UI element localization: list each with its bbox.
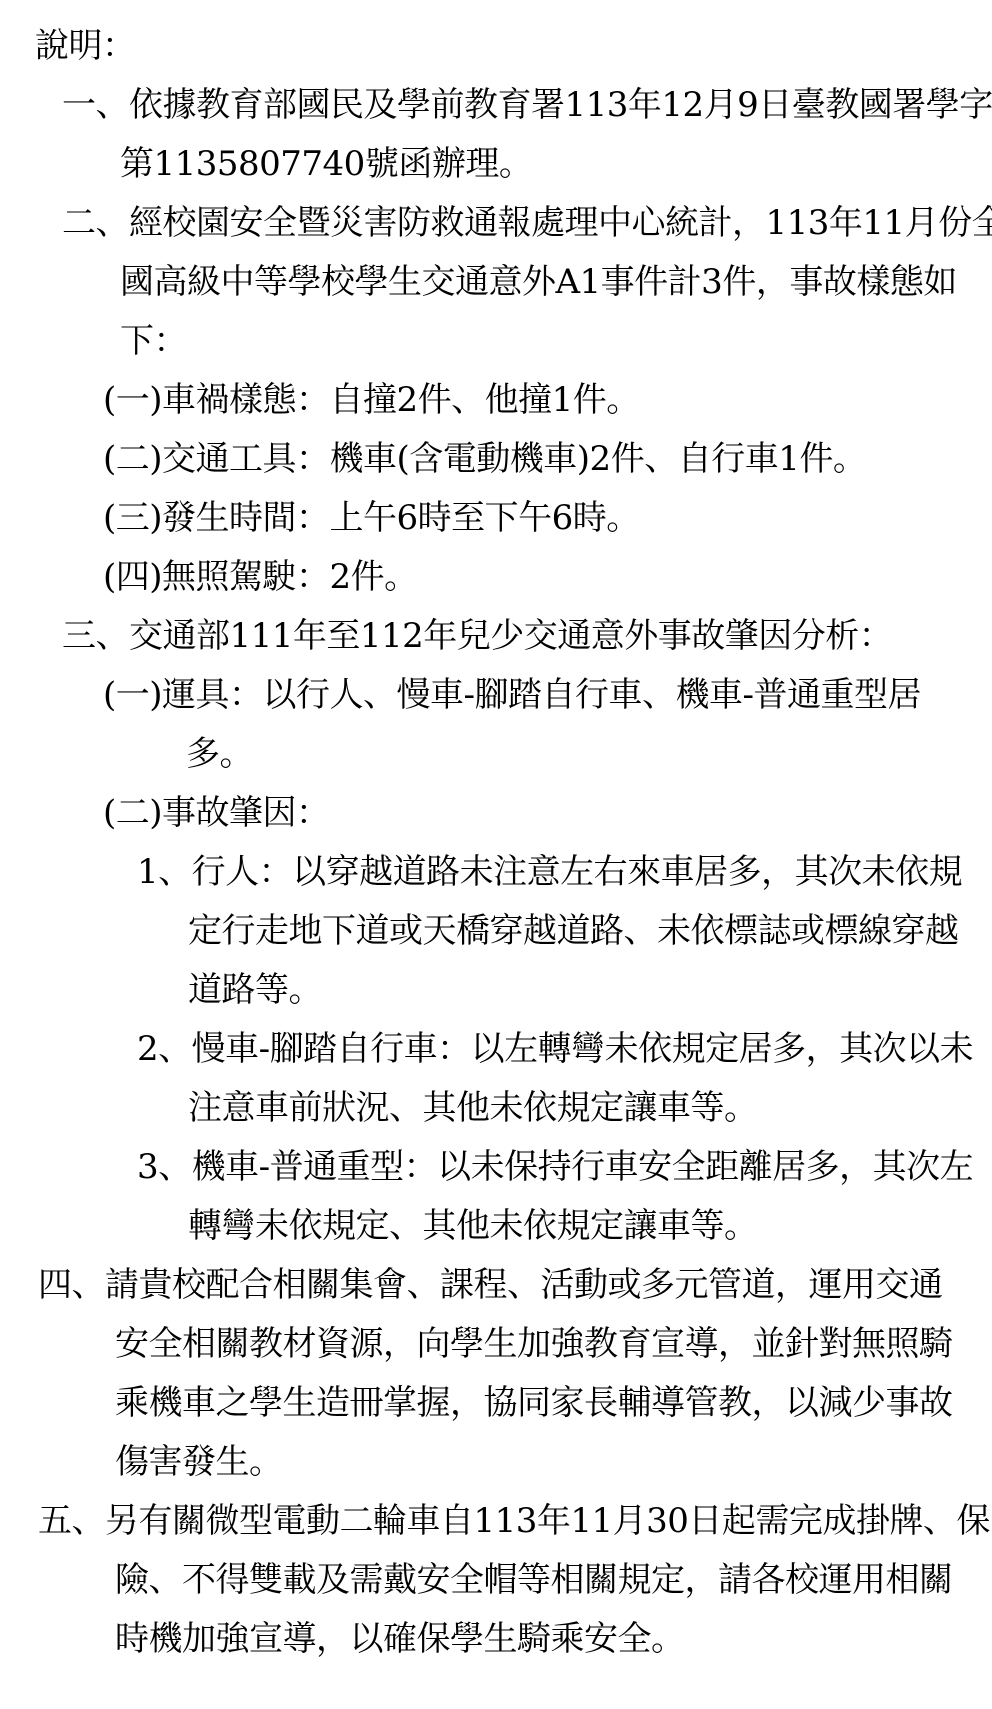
item-2-line-1: 二、經校園安全暨災害防救通報處理中心統計，113年11月份全 [62,203,992,243]
cause-1-line-1: 1、行人：以穿越道路未注意左右來車居多，其次未依規 [137,852,962,892]
cause-1-line-2: 定行走地下道或天橋穿越道路、未依標誌或標線穿越 [188,911,959,951]
item-4-text: 請貴校配合相關集會、課程、活動或多元管道，運用交通 [105,1265,943,1305]
subitem-2-2-text: 交通工具：機車(含電動機車)2件、自行車1件。 [162,439,866,479]
item-2-line-2: 國高級中等學校學生交通意外A1事件計3件，事故樣態如 [120,262,957,302]
subitem-2-1-label: (一) [103,380,162,420]
document-page: 說明： 一、依據教育部國民及學前教育署113年12月9日臺教國署學字 第1135… [0,0,992,1709]
cause-1-text: 行人：以穿越道路未注意左右來車居多，其次未依規 [192,852,963,892]
subitem-2-2-label: (二) [103,439,162,479]
subitem-2-3: (三)發生時間：上午6時至下午6時。 [103,498,640,538]
subitem-3-1-line-2: 多。 [186,734,253,774]
subitem-3-1-line-1: (一)運具：以行人、慢車-腳踏自行車、機車-普通重型居 [103,675,921,715]
item-3-text: 交通部111年至112年兒少交通意外事故肇因分析： [129,616,892,656]
cause-3-text: 機車-普通重型：以未保持行車安全距離居多，其次左 [192,1147,974,1187]
item-4-line-2: 安全相關教材資源，向學生加強教育宣導，並針對無照騎 [115,1324,953,1364]
subitem-2-1-text: 車禍樣態：自撞2件、他撞1件。 [162,380,640,420]
subitem-2-3-text: 發生時間：上午6時至下午6時。 [162,498,640,538]
subitem-2-2: (二)交通工具：機車(含電動機車)2件、自行車1件。 [103,439,866,479]
item-1-text: 依據教育部國民及學前教育署113年12月9日臺教國署學字 [129,85,992,125]
cause-2-line-1: 2、慢車-腳踏自行車：以左轉彎未依規定居多，其次以未 [137,1029,973,1069]
subitem-2-4: (四)無照駕駛：2件。 [103,557,418,597]
cause-3-line-2: 轉彎未依規定、其他未依規定讓車等。 [188,1206,758,1246]
item-4-line-4: 傷害發生。 [115,1442,283,1482]
cause-3-label: 3、 [137,1147,192,1187]
subitem-2-4-label: (四) [103,557,162,597]
item-2-line-3: 下： [120,321,187,361]
item-5-line-3: 時機加強宣導，以確保學生騎乘安全。 [115,1619,685,1659]
item-4-label: 四、 [38,1265,105,1305]
cause-2-label: 2、 [137,1029,192,1069]
item-1-line-2: 第1135807740號函辦理。 [120,144,532,184]
cause-2-line-2: 注意車前狀況、其他未依規定讓車等。 [188,1088,758,1128]
cause-1-label: 1、 [137,852,192,892]
subitem-2-1: (一)車禍樣態：自撞2件、他撞1件。 [103,380,640,420]
item-1-line-1: 一、依據教育部國民及學前教育署113年12月9日臺教國署學字 [62,85,992,125]
cause-2-text: 慢車-腳踏自行車：以左轉彎未依規定居多，其次以未 [192,1029,974,1069]
item-2-text: 經校園安全暨災害防救通報處理中心統計，113年11月份全 [129,203,992,243]
subitem-3-1-text: 運具：以行人、慢車-腳踏自行車、機車-普通重型居 [162,675,921,715]
item-3-line-1: 三、交通部111年至112年兒少交通意外事故肇因分析： [62,616,892,656]
item-3-label: 三、 [62,616,129,656]
item-4-line-1: 四、請貴校配合相關集會、課程、活動或多元管道，運用交通 [38,1265,943,1305]
item-1-label: 一、 [62,85,129,125]
subitem-2-4-text: 無照駕駛：2件。 [162,557,418,597]
item-4-line-3: 乘機車之學生造冊掌握，協同家長輔導管教，以減少事故 [115,1383,953,1423]
subitem-3-2: (二)事故肇因： [103,793,330,833]
section-heading: 說明： [35,26,136,66]
item-2-label: 二、 [62,203,129,243]
subitem-2-3-label: (三) [103,498,162,538]
item-5-text: 另有關微型電動二輪車自113年11月30日起需完成掛牌、保 [105,1501,990,1541]
item-5-label: 五、 [38,1501,105,1541]
subitem-3-1-label: (一) [103,675,162,715]
cause-1-line-3: 道路等。 [188,970,322,1010]
item-5-line-2: 險、不得雙載及需戴安全帽等相關規定，請各校運用相關 [115,1560,953,1600]
subitem-3-2-text: 事故肇因： [162,793,330,833]
cause-3-line-1: 3、機車-普通重型：以未保持行車安全距離居多，其次左 [137,1147,973,1187]
item-5-line-1: 五、另有關微型電動二輪車自113年11月30日起需完成掛牌、保 [38,1501,990,1541]
subitem-3-2-label: (二) [103,793,162,833]
